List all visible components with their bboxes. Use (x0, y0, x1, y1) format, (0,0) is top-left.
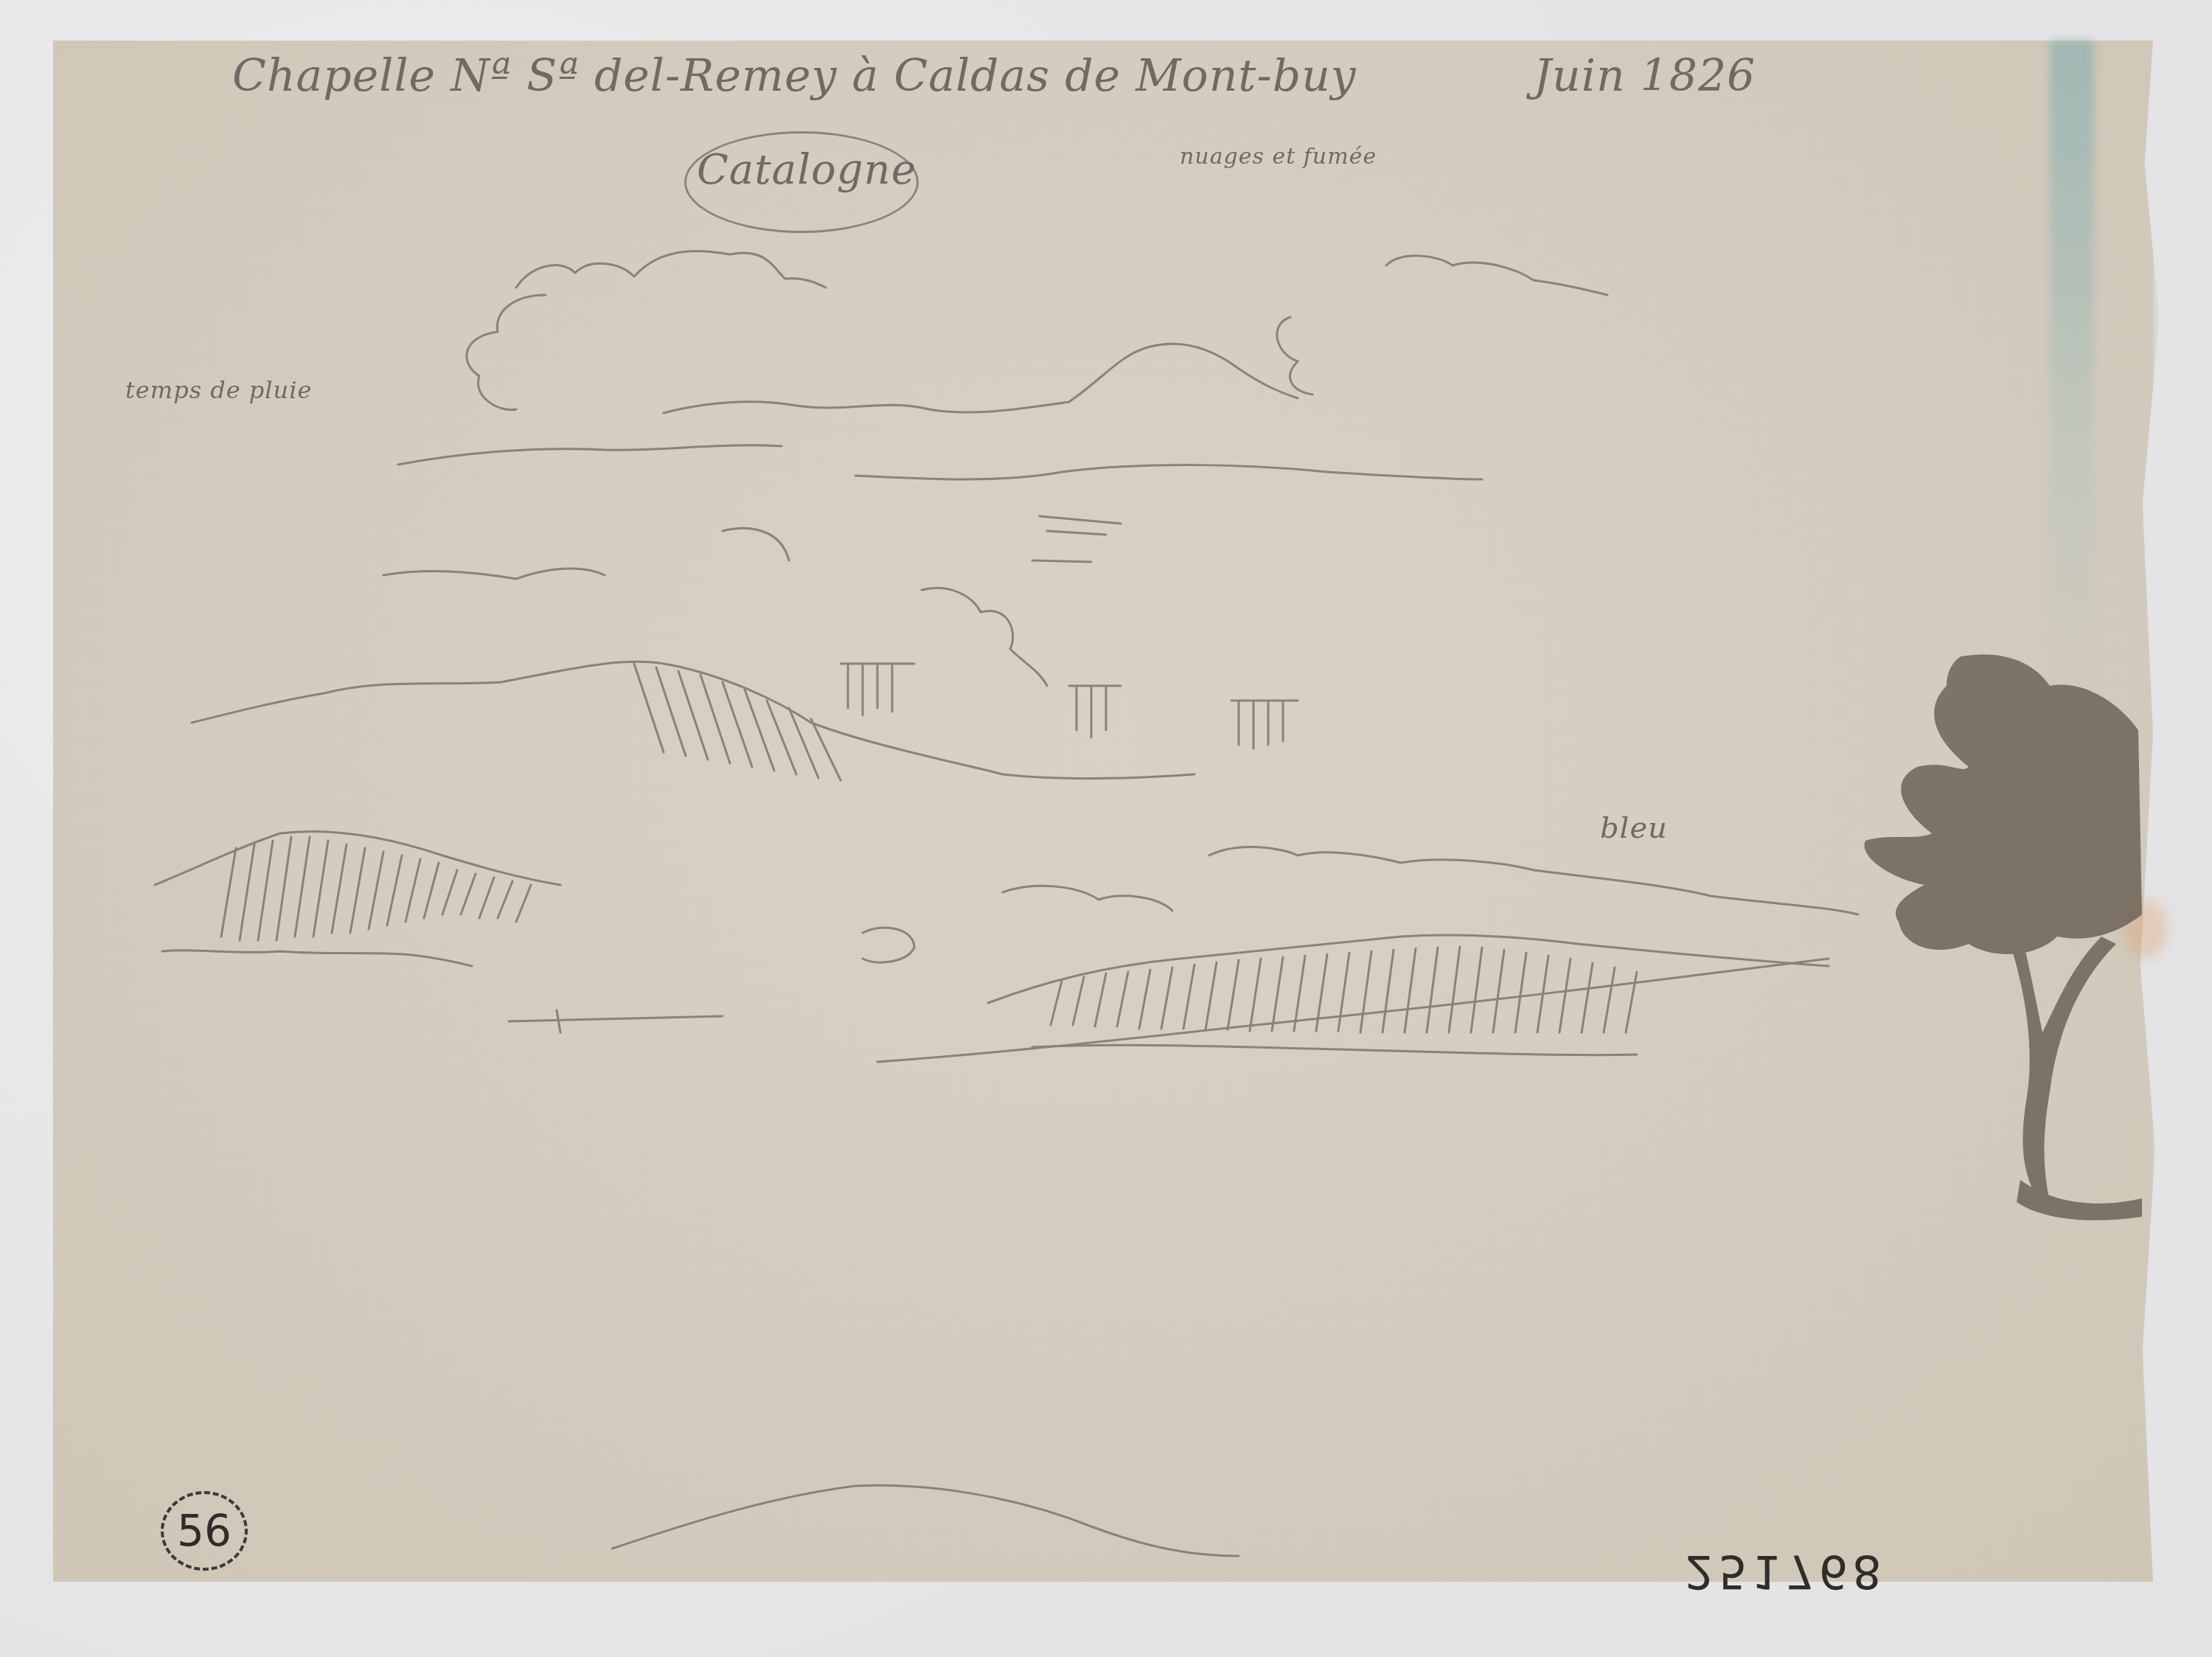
cloud-outline (863, 928, 914, 962)
ground-line (877, 959, 1829, 1062)
ink-wash-tree (1864, 654, 2142, 1220)
mountain-ridge (155, 831, 560, 885)
cloud-outline (516, 251, 826, 288)
mountain-ridge (664, 344, 1298, 413)
catalog-number-stamp: 56 (161, 1491, 248, 1571)
date-inscription: Juin 1826 (1534, 50, 1756, 102)
wind-lines (1032, 516, 1121, 562)
weather-note: temps de pluie (125, 376, 312, 404)
cloud-outline (922, 588, 1047, 686)
cloud-outline (383, 569, 605, 579)
cloud-outline (1209, 847, 1858, 914)
tree-row (162, 951, 472, 966)
cloud-outline (467, 295, 546, 410)
title-inscription: Chapelle Nª Sª del-Remey à Caldas de Mon… (232, 50, 1357, 102)
bridge-columns (1069, 686, 1121, 737)
horizon-line (855, 465, 1482, 479)
mountain-hatching (1051, 947, 1637, 1032)
cloud-outline (1386, 256, 1607, 295)
region-inscription: Catalogne (697, 146, 917, 194)
hill-curve (612, 1485, 1239, 1556)
cloud-outline (1003, 886, 1172, 911)
tree-row (1032, 1045, 1637, 1055)
bridge-columns (1231, 701, 1298, 748)
sky-note: nuages et fumée (1180, 144, 1377, 170)
bridge-columns (841, 664, 914, 715)
mountain-hatching (221, 837, 531, 940)
ground-line (509, 1010, 723, 1032)
mountain-ridge (988, 935, 1829, 1003)
cloud-outline (1277, 317, 1312, 395)
color-note: bleu (1600, 811, 1668, 845)
horizon-line (398, 445, 782, 465)
inventory-number: 251768 (1685, 1545, 1886, 1599)
cloud-outline (723, 528, 789, 560)
sketch-drawing (0, 0, 2212, 1657)
